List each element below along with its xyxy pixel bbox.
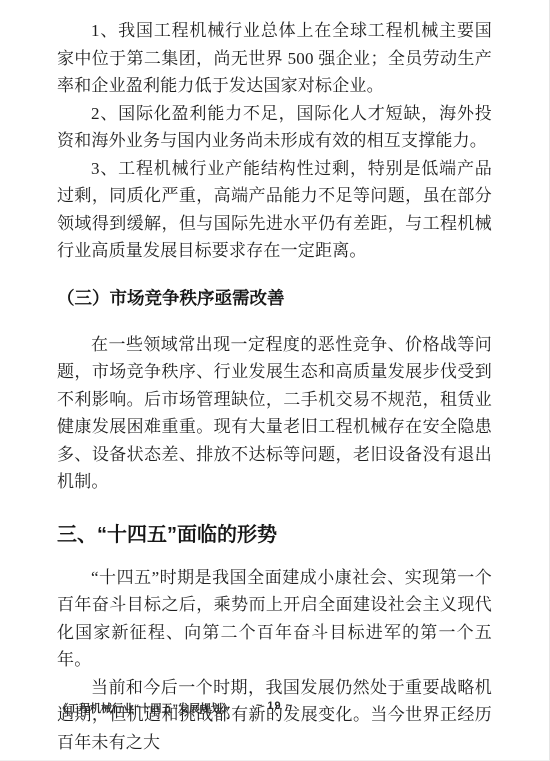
section-heading-14th-five-year-situation: 三、“十四五”面临的形势	[57, 520, 492, 550]
footer-document-title: 《工程机械行业“十四五”发展规划》	[57, 700, 233, 716]
page-footer: 《工程机械行业“十四五”发展规划》 ~ 19 ~	[57, 700, 492, 718]
paragraph-point-3: 3、工程机械行业产能结构性过剩，特别是低端产品过剩，同质化严重，高端产品能力不足…	[57, 155, 492, 265]
paragraph-point-2: 2、国际化盈利能力不足，国际化人才短缺，海外投资和海外业务与国内业务尚未形成有效…	[57, 100, 492, 155]
subsection-heading-market-order: （三）市场竞争秩序亟需改善	[57, 285, 492, 311]
paragraph-point-1: 1、我国工程机械行业总体上在全球工程机械主要国家中位于第二集团，尚无世界 500…	[57, 17, 492, 100]
document-page: 1、我国工程机械行业总体上在全球工程机械主要国家中位于第二集团，尚无世界 500…	[0, 0, 550, 761]
paragraph-market-order: 在一些领域常出现一定程度的恶性竞争、价格战等问题，市场竞争秩序、行业发展生态和高…	[57, 331, 492, 496]
footer-page-number: ~ 19 ~	[256, 700, 293, 712]
paragraph-14th-five-year-period: “十四五”时期是我国全面建成小康社会、实现第一个百年奋斗目标之后，乘势而上开启全…	[57, 564, 492, 674]
